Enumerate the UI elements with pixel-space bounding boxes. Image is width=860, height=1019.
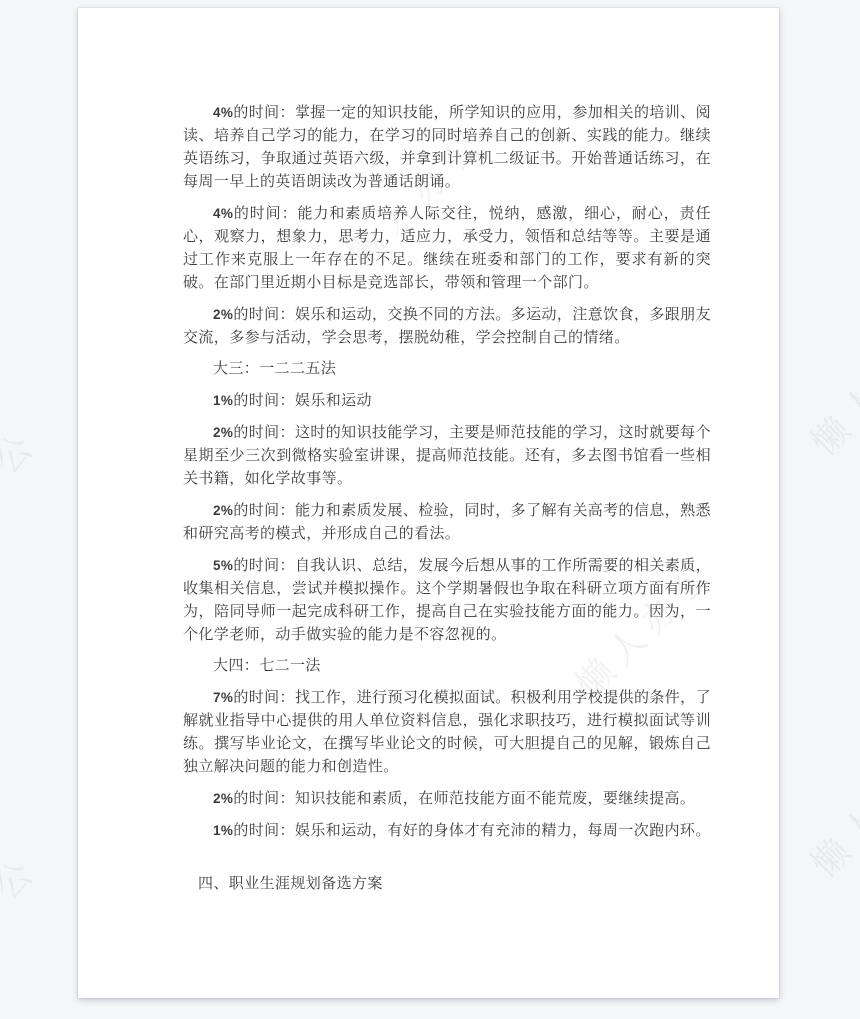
paragraph-text: 的时间：娱乐和运动 <box>233 393 372 409</box>
percent-label: 2% <box>213 503 233 518</box>
paragraph-text: 的时间：这时的知识技能学习，主要是师范技能的学习，这时就要每个星期至少三次到微格… <box>183 425 711 487</box>
percent-label: 4% <box>213 206 233 221</box>
percent-label: 5% <box>213 558 233 573</box>
percent-label: 1% <box>213 823 233 838</box>
paragraph-text: 的时间：能力和素质发展、检验，同时，多了解有关高考的信息，熟悉和研究高考的模式，… <box>183 503 711 542</box>
paragraph-time-2pct-quality: 2%的时间：能力和素质发展、检验，同时，多了解有关高考的信息，熟悉和研究高考的模… <box>183 499 711 546</box>
document-body: 4%的时间：掌握一定的知识技能，所学知识的应用，参加相关的培训、阅读、培养自己学… <box>183 101 711 904</box>
watermark: 懒人办公 <box>0 416 49 579</box>
watermark: 懒人办公 <box>0 842 49 1005</box>
paragraph-time-7pct-job-hunting: 7%的时间：找工作，进行预习化模拟面试。积极利用学校提供的条件，了解就业指导中心… <box>183 686 711 779</box>
watermark: 懒人办公 <box>798 302 860 465</box>
heading-junior-year: 大三：一二二五法 <box>183 358 711 381</box>
heading-text: 四、职业生涯规划备选方案 <box>198 876 383 892</box>
heading-text: 大四：七二一法 <box>213 658 321 674</box>
percent-label: 4% <box>213 105 233 120</box>
percent-label: 2% <box>213 791 233 806</box>
paragraph-time-4pct-knowledge: 4%的时间：掌握一定的知识技能，所学知识的应用，参加相关的培训、阅读、培养自己学… <box>183 101 711 194</box>
paragraph-time-2pct-teaching-skill: 2%的时间：这时的知识技能学习，主要是师范技能的学习，这时就要每个星期至少三次到… <box>183 421 711 491</box>
heading-senior-year: 大四：七二一法 <box>183 655 711 678</box>
paragraph-text: 的时间：娱乐和运动，有好的身体才有充沛的精力，每周一次跑内环。 <box>233 823 710 839</box>
paragraph-text: 的时间：自我认识、总结，发展今后想从事的工作所需要的相关素质，收集相关信息，尝试… <box>183 558 711 643</box>
paragraph-text: 的时间：能力和素质培养人际交往，悦纳，感激，细心，耐心，责任心，观察力，想象力，… <box>183 206 711 291</box>
paragraph-time-2pct-recreation: 2%的时间：娱乐和运动，交换不同的方法。多运动，注意饮食，多跟朋友交流，多参与活… <box>183 303 711 350</box>
paragraph-text: 的时间：知识技能和素质，在师范技能方面不能荒废，要继续提高。 <box>233 791 695 807</box>
paragraph-time-4pct-ability: 4%的时间：能力和素质培养人际交往，悦纳，感激，细心，耐心，责任心，观察力，想象… <box>183 202 711 295</box>
heading-backup-plan-section: 四、职业生涯规划备选方案 <box>183 873 711 896</box>
percent-label: 7% <box>213 690 233 705</box>
heading-text: 大三：一二二五法 <box>213 361 336 377</box>
percent-label: 1% <box>213 393 233 408</box>
paragraph-time-1pct-exercise: 1%的时间：娱乐和运动，有好的身体才有充沛的精力，每周一次跑内环。 <box>183 819 711 843</box>
paragraph-time-2pct-keep-improving: 2%的时间：知识技能和素质，在师范技能方面不能荒废，要继续提高。 <box>183 787 711 811</box>
paragraph-time-1pct-recreation: 1%的时间：娱乐和运动 <box>183 389 711 413</box>
paragraph-text: 的时间：娱乐和运动，交换不同的方法。多运动，注意饮食，多跟朋友交流，多参与活动，… <box>183 307 711 346</box>
watermark: 懒人办公 <box>798 724 860 887</box>
percent-label: 2% <box>213 307 233 322</box>
paragraph-text: 的时间：掌握一定的知识技能，所学知识的应用，参加相关的培训、阅读、培养自己学习的… <box>183 105 711 190</box>
paragraph-time-5pct-self-knowledge: 5%的时间：自我认识、总结，发展今后想从事的工作所需要的相关素质，收集相关信息，… <box>183 554 711 647</box>
paragraph-text: 的时间：找工作，进行预习化模拟面试。积极利用学校提供的条件，了解就业指导中心提供… <box>183 690 711 775</box>
percent-label: 2% <box>213 425 233 440</box>
